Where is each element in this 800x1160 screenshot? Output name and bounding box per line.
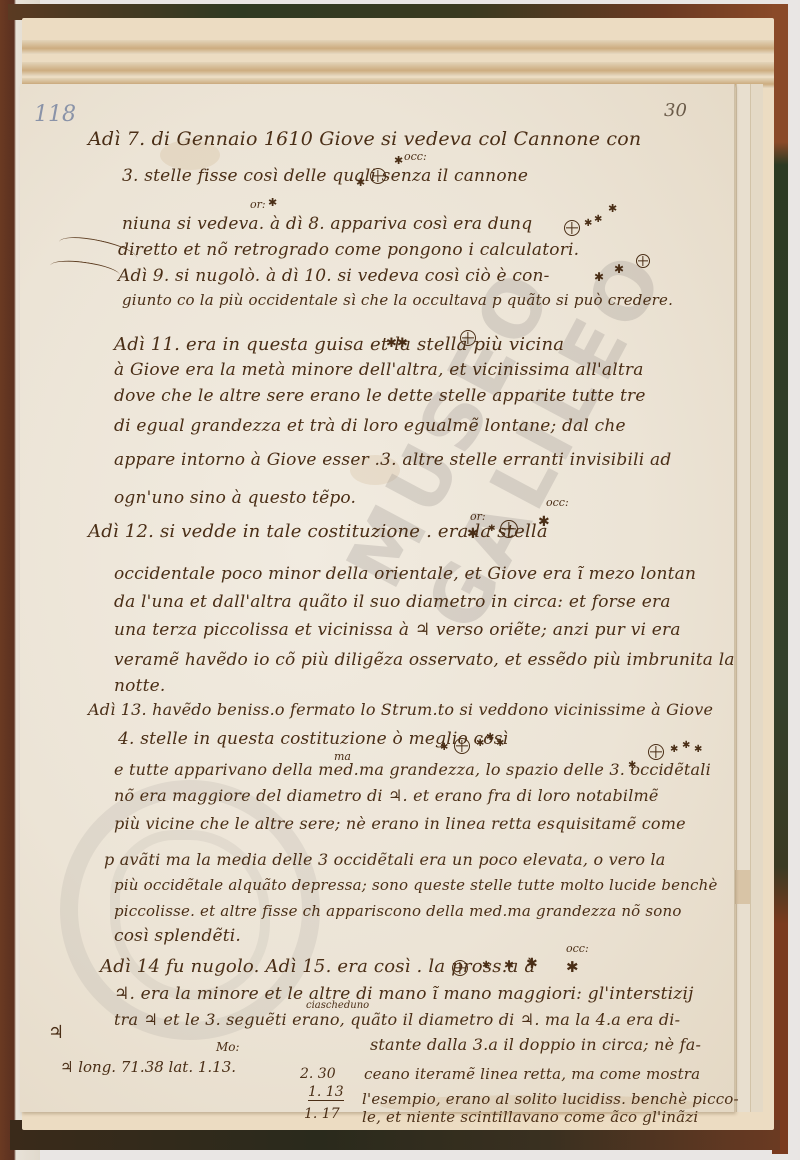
text-line: notte. [114,676,166,696]
star-icon: ✱ [486,732,494,743]
star-icon: ✱ [584,218,592,229]
star-icon: ✱ [608,202,617,215]
text-line: ceano iteramẽ linea retta, ma come mostr… [364,1065,700,1083]
star-icon: ✱ [670,744,678,755]
star-icon: ✱ [356,176,365,189]
jupiter-icon [452,960,468,976]
folio-number: 30 [664,100,687,121]
star-icon: ✱ [268,196,277,209]
text-line: più vicine che le altre sere; nè erano i… [114,814,686,833]
star-icon: ✱ [496,738,504,749]
text-line: Adì 11. era in questa guisa et la stella… [114,334,564,355]
margin-figure: 2. 30 [300,1066,336,1082]
page-edge-strip [736,84,751,1112]
text-line: ogn'uno sino à questo tẽpo. [114,488,356,508]
text-line: à Giove era la metà minore dell'altra, e… [114,360,644,380]
margin-jupiter-symbol: ♃ [48,1022,64,1043]
text-line: di egual grandezza et trà di loro egualm… [114,416,626,436]
text-line: le, et niente scintillavano come ãco gl'… [362,1108,698,1126]
jupiter-icon [370,168,386,184]
text-line: da l'una et dall'altra quãto il suo diam… [114,592,671,612]
text-line: piccolisse. et altre fisse ch appariscon… [114,902,682,920]
star-icon: ✱ [594,214,602,225]
jupiter-icon [636,254,650,268]
margin-coordinates: ♃ long. 71.38 lat. 1.13. [60,1058,236,1076]
star-icon: ✱✱ [386,336,408,351]
page-edge-strip [750,84,763,1112]
star-icon: ✱ [614,262,624,276]
star-icon: ✱ [476,738,484,749]
margin-figure: 1. 13 [308,1084,344,1101]
interlinear-note: occ: [546,496,569,509]
text-line: Adì 12. si vedde in tale costituzione . … [88,521,548,542]
star-icon: ✱ [504,958,514,972]
star-icon: ✱ [566,958,579,976]
text-line: p avãti ma la media delle 3 occidẽtali e… [104,850,666,869]
pencil-annotation: 118 [34,102,76,127]
interlinear-note: occ: [404,150,427,163]
text-line: stante dalla 3.a il doppio in circa; nè … [370,1035,701,1054]
text-line: occidentale poco minor della orientale, … [114,564,696,584]
text-line: 4. stelle in questa costituzione ò megli… [118,729,508,749]
star-icon: ✱ [694,744,702,755]
text-line: appare intorno à Giove esser .3. altre s… [114,450,671,470]
star-icon: ✱ [394,154,403,167]
text-line: Adì 7. di Gennaio 1610 Giove si vedeva c… [88,128,641,150]
torn-page-edge [22,40,774,54]
star-icon: ✱ [526,956,538,972]
jupiter-icon [648,744,664,760]
interlinear-note: or: [470,510,486,523]
text-line: niuna si vedeva. à dì 8. appariva così e… [122,214,532,234]
text-line: Adì 9. si nugolò. à dì 10. si vedeva cos… [118,266,550,286]
jupiter-icon [454,738,470,754]
interlinear-note: occ: [566,942,589,955]
text-line: una terza piccolissa et vicinissa à ♃ ve… [114,620,681,640]
interlinear-note: Mo: [216,1040,240,1054]
text-line: così splendẽti. [114,926,241,946]
margin-figure: 1. 17 [304,1106,340,1122]
star-icon: ✱ [488,524,496,534]
text-line: e tutte apparivano della med.ma grandezz… [114,760,711,779]
interlinear-note: ciascheduno [306,1000,369,1011]
star-icon: ✱ [682,740,690,751]
interlinear-note: ma [334,750,351,763]
text-line: diretto et nõ retrogrado come pongono i … [118,240,579,260]
star-icon: ✱ [467,526,479,542]
star-icon: ✱ [628,760,636,771]
jupiter-icon [460,330,476,346]
cover-right-edge [772,4,788,1154]
star-icon: ✱ [538,514,550,530]
text-line: Adì 14 fu nugolo. Adì 15. era così . la … [100,956,535,977]
text-line: dove che le altre sere erano le dette st… [114,386,646,406]
text-line: veramẽ havẽdo io cõ più diligẽza osserva… [114,650,735,670]
text-line: più occidẽtale alquãto depressa; sono qu… [114,876,718,894]
text-line: tra ♃ et le 3. seguẽti erano, quãto il d… [114,1010,680,1029]
interlinear-note: or: [250,198,266,211]
text-line: giunto co la più occidentale sì che la o… [122,291,673,309]
jupiter-icon [500,520,518,538]
text-line: l'esempio, erano al solito lucidiss. ben… [362,1090,739,1108]
jupiter-icon [564,220,580,236]
star-icon: ✱ [440,742,448,753]
text-line: Adì 13. havẽdo beniss.o fermato lo Strum… [88,700,713,719]
torn-page-edge [22,62,774,76]
text-line: 3. stelle fisse così delle quali senza i… [122,166,528,186]
star-icon: ✱ [482,960,490,971]
star-icon: ✱ [594,270,604,284]
text-line: ♃. era la minore et le altre di mano ĩ m… [114,984,694,1004]
text-line: nõ era maggiore del diametro di ♃. et er… [114,786,659,805]
